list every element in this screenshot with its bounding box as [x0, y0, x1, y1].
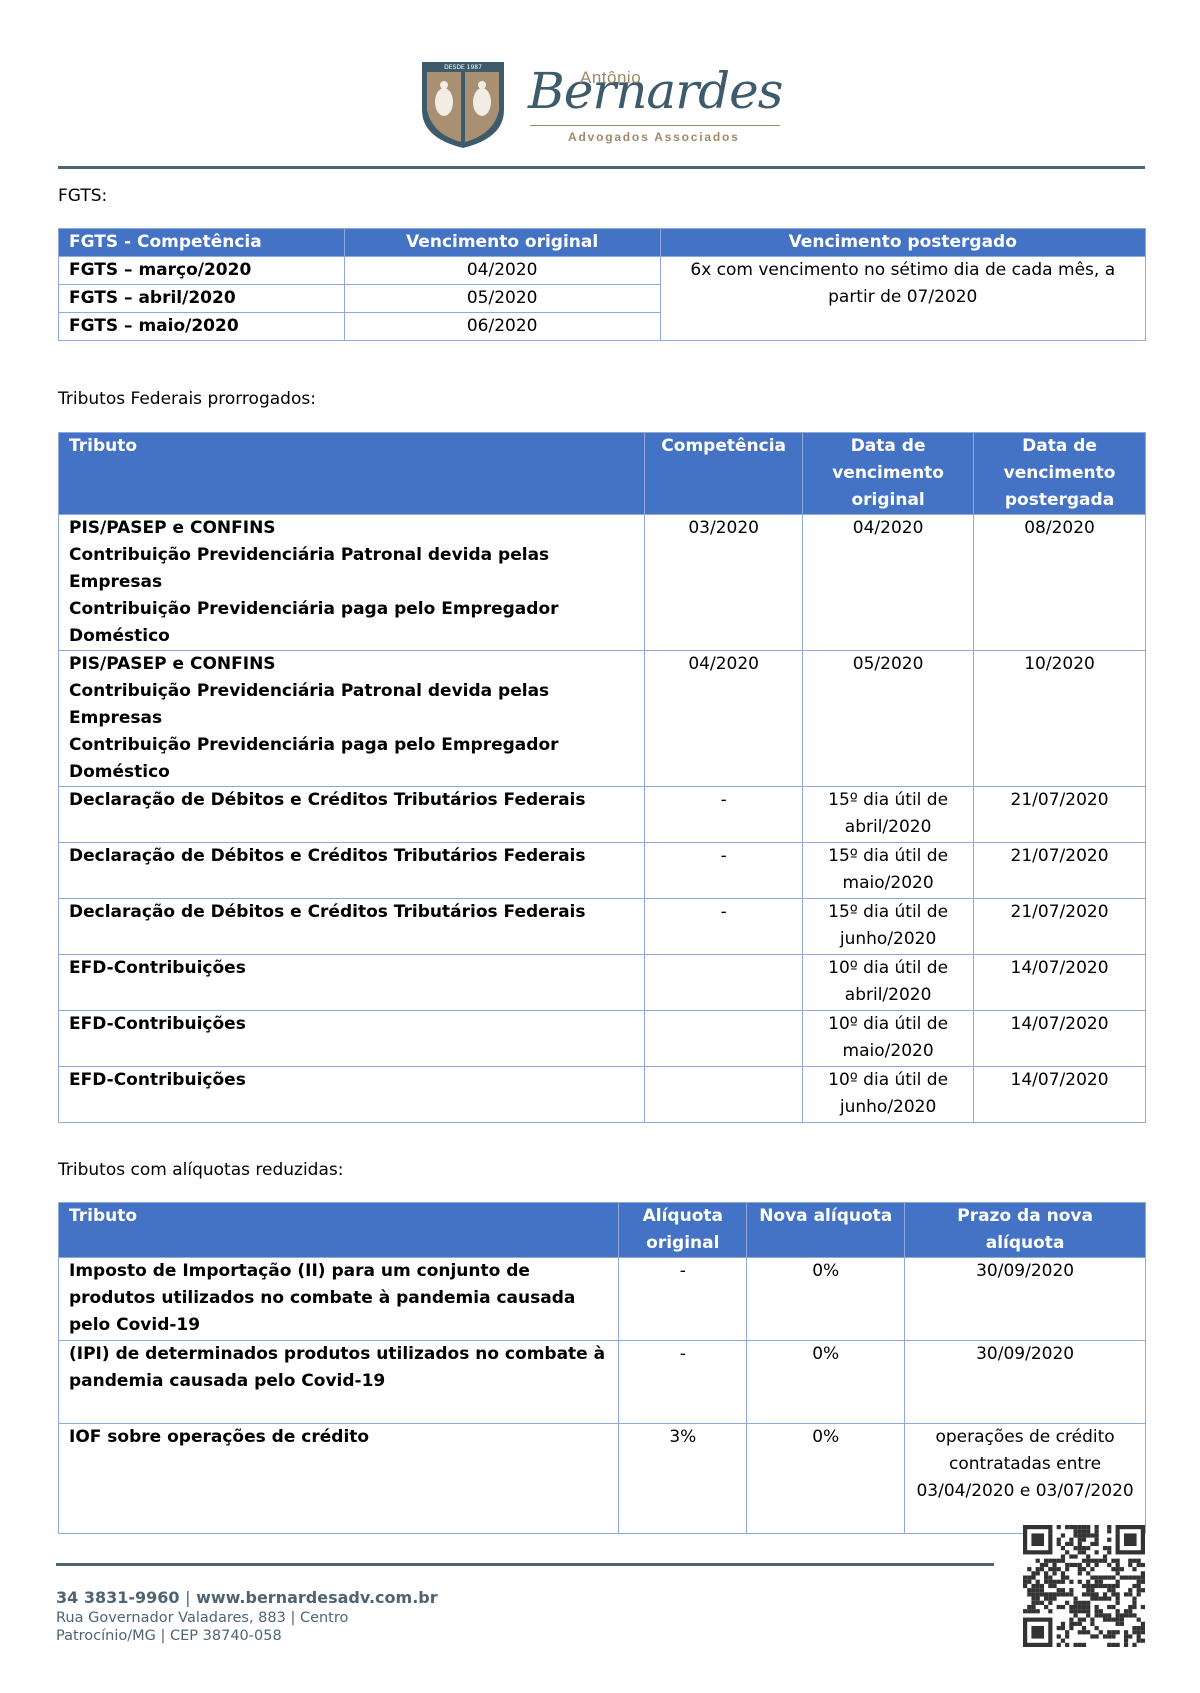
- cell-competencia: [645, 1067, 803, 1123]
- cell-data-postergada: 21/07/2020: [974, 787, 1146, 843]
- tributo-line: Declaração de Débitos e Créditos Tributá…: [69, 843, 634, 870]
- cell-data-original: 05/2020: [803, 651, 974, 787]
- cell-tributo: EFD-Contribuições: [59, 1067, 645, 1123]
- tributo-line: Declaração de Débitos e Créditos Tributá…: [69, 787, 634, 814]
- cell-data-original: 15º dia útil de maio/2020: [803, 843, 974, 899]
- tributo-line: EFD-Contribuições: [69, 1067, 634, 1094]
- tributo-line: Contribuição Previdenciária Patronal dev…: [69, 678, 634, 732]
- cell-competencia: FGTS – maio/2020: [59, 313, 345, 341]
- tributo-line: Contribuição Previdenciária Patronal dev…: [69, 542, 634, 596]
- table-row: FGTS – março/2020 04/2020 6x com vencime…: [59, 257, 1146, 285]
- footer-contact: 34 3831-9960 | www.bernardesadv.com.br R…: [56, 1587, 438, 1645]
- firm-logo: DESDE 1987 Bernardes Antônio Advogados A…: [420, 58, 780, 153]
- firm-subtitle: Advogados Associados: [568, 130, 740, 144]
- crest-icon: DESDE 1987: [420, 58, 506, 150]
- table-row: (IPI) de determinados produtos utilizado…: [59, 1341, 1146, 1424]
- firm-last-name: Bernardes: [528, 62, 782, 120]
- cell-aliquota-original: -: [619, 1341, 747, 1424]
- table-header-row: Tributo Alíquota original Nova alíquota …: [59, 1203, 1146, 1258]
- table-row: Declaração de Débitos e Créditos Tributá…: [59, 899, 1146, 955]
- cell-data-postergada: 08/2020: [974, 515, 1146, 651]
- col-header: Vencimento original: [344, 229, 660, 257]
- cell-tributo: Declaração de Débitos e Créditos Tributá…: [59, 899, 645, 955]
- cell-nova-aliquota: 0%: [747, 1341, 905, 1424]
- tributo-line: PIS/PASEP e CONFINS: [69, 515, 634, 542]
- table-row: Declaração de Débitos e Créditos Tributá…: [59, 787, 1146, 843]
- cell-data-original: 10º dia útil de abril/2020: [803, 955, 974, 1011]
- col-header: Alíquota original: [619, 1203, 747, 1258]
- col-header: Nova alíquota: [747, 1203, 905, 1258]
- cell-aliquota-original: 3%: [619, 1424, 747, 1534]
- cell-data-postergada: 21/07/2020: [974, 899, 1146, 955]
- qr-code-icon[interactable]: [1023, 1525, 1145, 1647]
- cell-tributo: PIS/PASEP e CONFINSContribuição Previden…: [59, 651, 645, 787]
- table-header-row: Tributo Competência Data de vencimento o…: [59, 433, 1146, 515]
- cell-tributo: EFD-Contribuições: [59, 1011, 645, 1067]
- tributo-line: Declaração de Débitos e Créditos Tributá…: [69, 899, 634, 926]
- cell-competencia: -: [645, 899, 803, 955]
- cell-nova-aliquota: 0%: [747, 1258, 905, 1341]
- tributo-line: PIS/PASEP e CONFINS: [69, 651, 634, 678]
- federais-table: Tributo Competência Data de vencimento o…: [58, 432, 1146, 1123]
- cell-data-original: 10º dia útil de junho/2020: [803, 1067, 974, 1123]
- col-header: Tributo: [59, 1203, 619, 1258]
- cell-competencia: 03/2020: [645, 515, 803, 651]
- aliquotas-table: Tributo Alíquota original Nova alíquota …: [58, 1202, 1146, 1534]
- logo-divider: [530, 125, 780, 126]
- table-header-row: FGTS - Competência Vencimento original V…: [59, 229, 1146, 257]
- tributo-line: EFD-Contribuições: [69, 1011, 634, 1038]
- firm-first-name: Antônio: [580, 68, 641, 88]
- table-row: EFD-Contribuições10º dia útil de abril/2…: [59, 955, 1146, 1011]
- cell-vencimento-original: 05/2020: [344, 285, 660, 313]
- footer-separator: |: [185, 1588, 190, 1607]
- cell-vencimento-original: 06/2020: [344, 313, 660, 341]
- header-divider: [58, 166, 1145, 169]
- cell-tributo: Imposto de Importação (II) para um conju…: [59, 1258, 619, 1341]
- col-header: Competência: [645, 433, 803, 515]
- col-header: Vencimento postergado: [660, 229, 1146, 257]
- cell-prazo: 30/09/2020: [905, 1258, 1146, 1341]
- table-row: Declaração de Débitos e Créditos Tributá…: [59, 843, 1146, 899]
- table-row: Imposto de Importação (II) para um conju…: [59, 1258, 1146, 1341]
- cell-vencimento-original: 04/2020: [344, 257, 660, 285]
- cell-data-postergada: 14/07/2020: [974, 1067, 1146, 1123]
- cell-tributo: (IPI) de determinados produtos utilizado…: [59, 1341, 619, 1424]
- tributo-line: Contribuição Previdenciária paga pelo Em…: [69, 596, 634, 650]
- cell-vencimento-postergado: 6x com vencimento no sétimo dia de cada …: [660, 257, 1146, 341]
- cell-tributo: PIS/PASEP e CONFINSContribuição Previden…: [59, 515, 645, 651]
- table-row: PIS/PASEP e CONFINSContribuição Previden…: [59, 515, 1146, 651]
- cell-tributo: Declaração de Débitos e Créditos Tributá…: [59, 843, 645, 899]
- cell-competencia: [645, 1011, 803, 1067]
- cell-competencia: FGTS – março/2020: [59, 257, 345, 285]
- cell-tributo: Declaração de Débitos e Créditos Tributá…: [59, 787, 645, 843]
- cell-prazo: operações de crédito contratadas entre 0…: [905, 1424, 1146, 1534]
- table-row: IOF sobre operações de crédito 3% 0% ope…: [59, 1424, 1146, 1534]
- table-row: EFD-Contribuições10º dia útil de junho/2…: [59, 1067, 1146, 1123]
- fgts-section-label: FGTS:: [58, 186, 107, 206]
- cell-data-postergada: 14/07/2020: [974, 955, 1146, 1011]
- tributo-line: EFD-Contribuições: [69, 955, 634, 982]
- col-header: Data de vencimento postergada: [974, 433, 1146, 515]
- footer-address-line1: Rua Governador Valadares, 883 | Centro: [56, 1609, 438, 1627]
- cell-data-postergada: 21/07/2020: [974, 843, 1146, 899]
- cell-nova-aliquota: 0%: [747, 1424, 905, 1534]
- footer-divider: [56, 1563, 994, 1566]
- svg-text:DESDE 1987: DESDE 1987: [444, 64, 482, 71]
- cell-data-original: 15º dia útil de abril/2020: [803, 787, 974, 843]
- cell-data-original: 10º dia útil de maio/2020: [803, 1011, 974, 1067]
- cell-competencia: [645, 955, 803, 1011]
- table-row: EFD-Contribuições10º dia útil de maio/20…: [59, 1011, 1146, 1067]
- cell-tributo: EFD-Contribuições: [59, 955, 645, 1011]
- cell-competencia: 04/2020: [645, 651, 803, 787]
- cell-data-original: 04/2020: [803, 515, 974, 651]
- col-header: Prazo da nova alíquota: [905, 1203, 1146, 1258]
- cell-competencia: -: [645, 787, 803, 843]
- cell-data-original: 15º dia útil de junho/2020: [803, 899, 974, 955]
- cell-data-postergada: 10/2020: [974, 651, 1146, 787]
- tributo-line: Contribuição Previdenciária paga pelo Em…: [69, 732, 634, 786]
- col-header: FGTS - Competência: [59, 229, 345, 257]
- col-header: Data de vencimento original: [803, 433, 974, 515]
- footer-address-line2: Patrocínio/MG | CEP 38740-058: [56, 1627, 438, 1645]
- table-row: PIS/PASEP e CONFINSContribuição Previden…: [59, 651, 1146, 787]
- cell-competencia: -: [645, 843, 803, 899]
- footer-phone: 34 3831-9960: [56, 1588, 180, 1607]
- fgts-table: FGTS - Competência Vencimento original V…: [58, 228, 1146, 341]
- aliquotas-section-label: Tributos com alíquotas reduzidas:: [58, 1160, 343, 1180]
- cell-prazo: 30/09/2020: [905, 1341, 1146, 1424]
- footer-website-link[interactable]: www.bernardesadv.com.br: [196, 1588, 438, 1607]
- federais-section-label: Tributos Federais prorrogados:: [58, 389, 316, 409]
- cell-data-postergada: 14/07/2020: [974, 1011, 1146, 1067]
- cell-competencia: FGTS – abril/2020: [59, 285, 345, 313]
- col-header: Tributo: [59, 433, 645, 515]
- cell-tributo: IOF sobre operações de crédito: [59, 1424, 619, 1534]
- cell-aliquota-original: -: [619, 1258, 747, 1341]
